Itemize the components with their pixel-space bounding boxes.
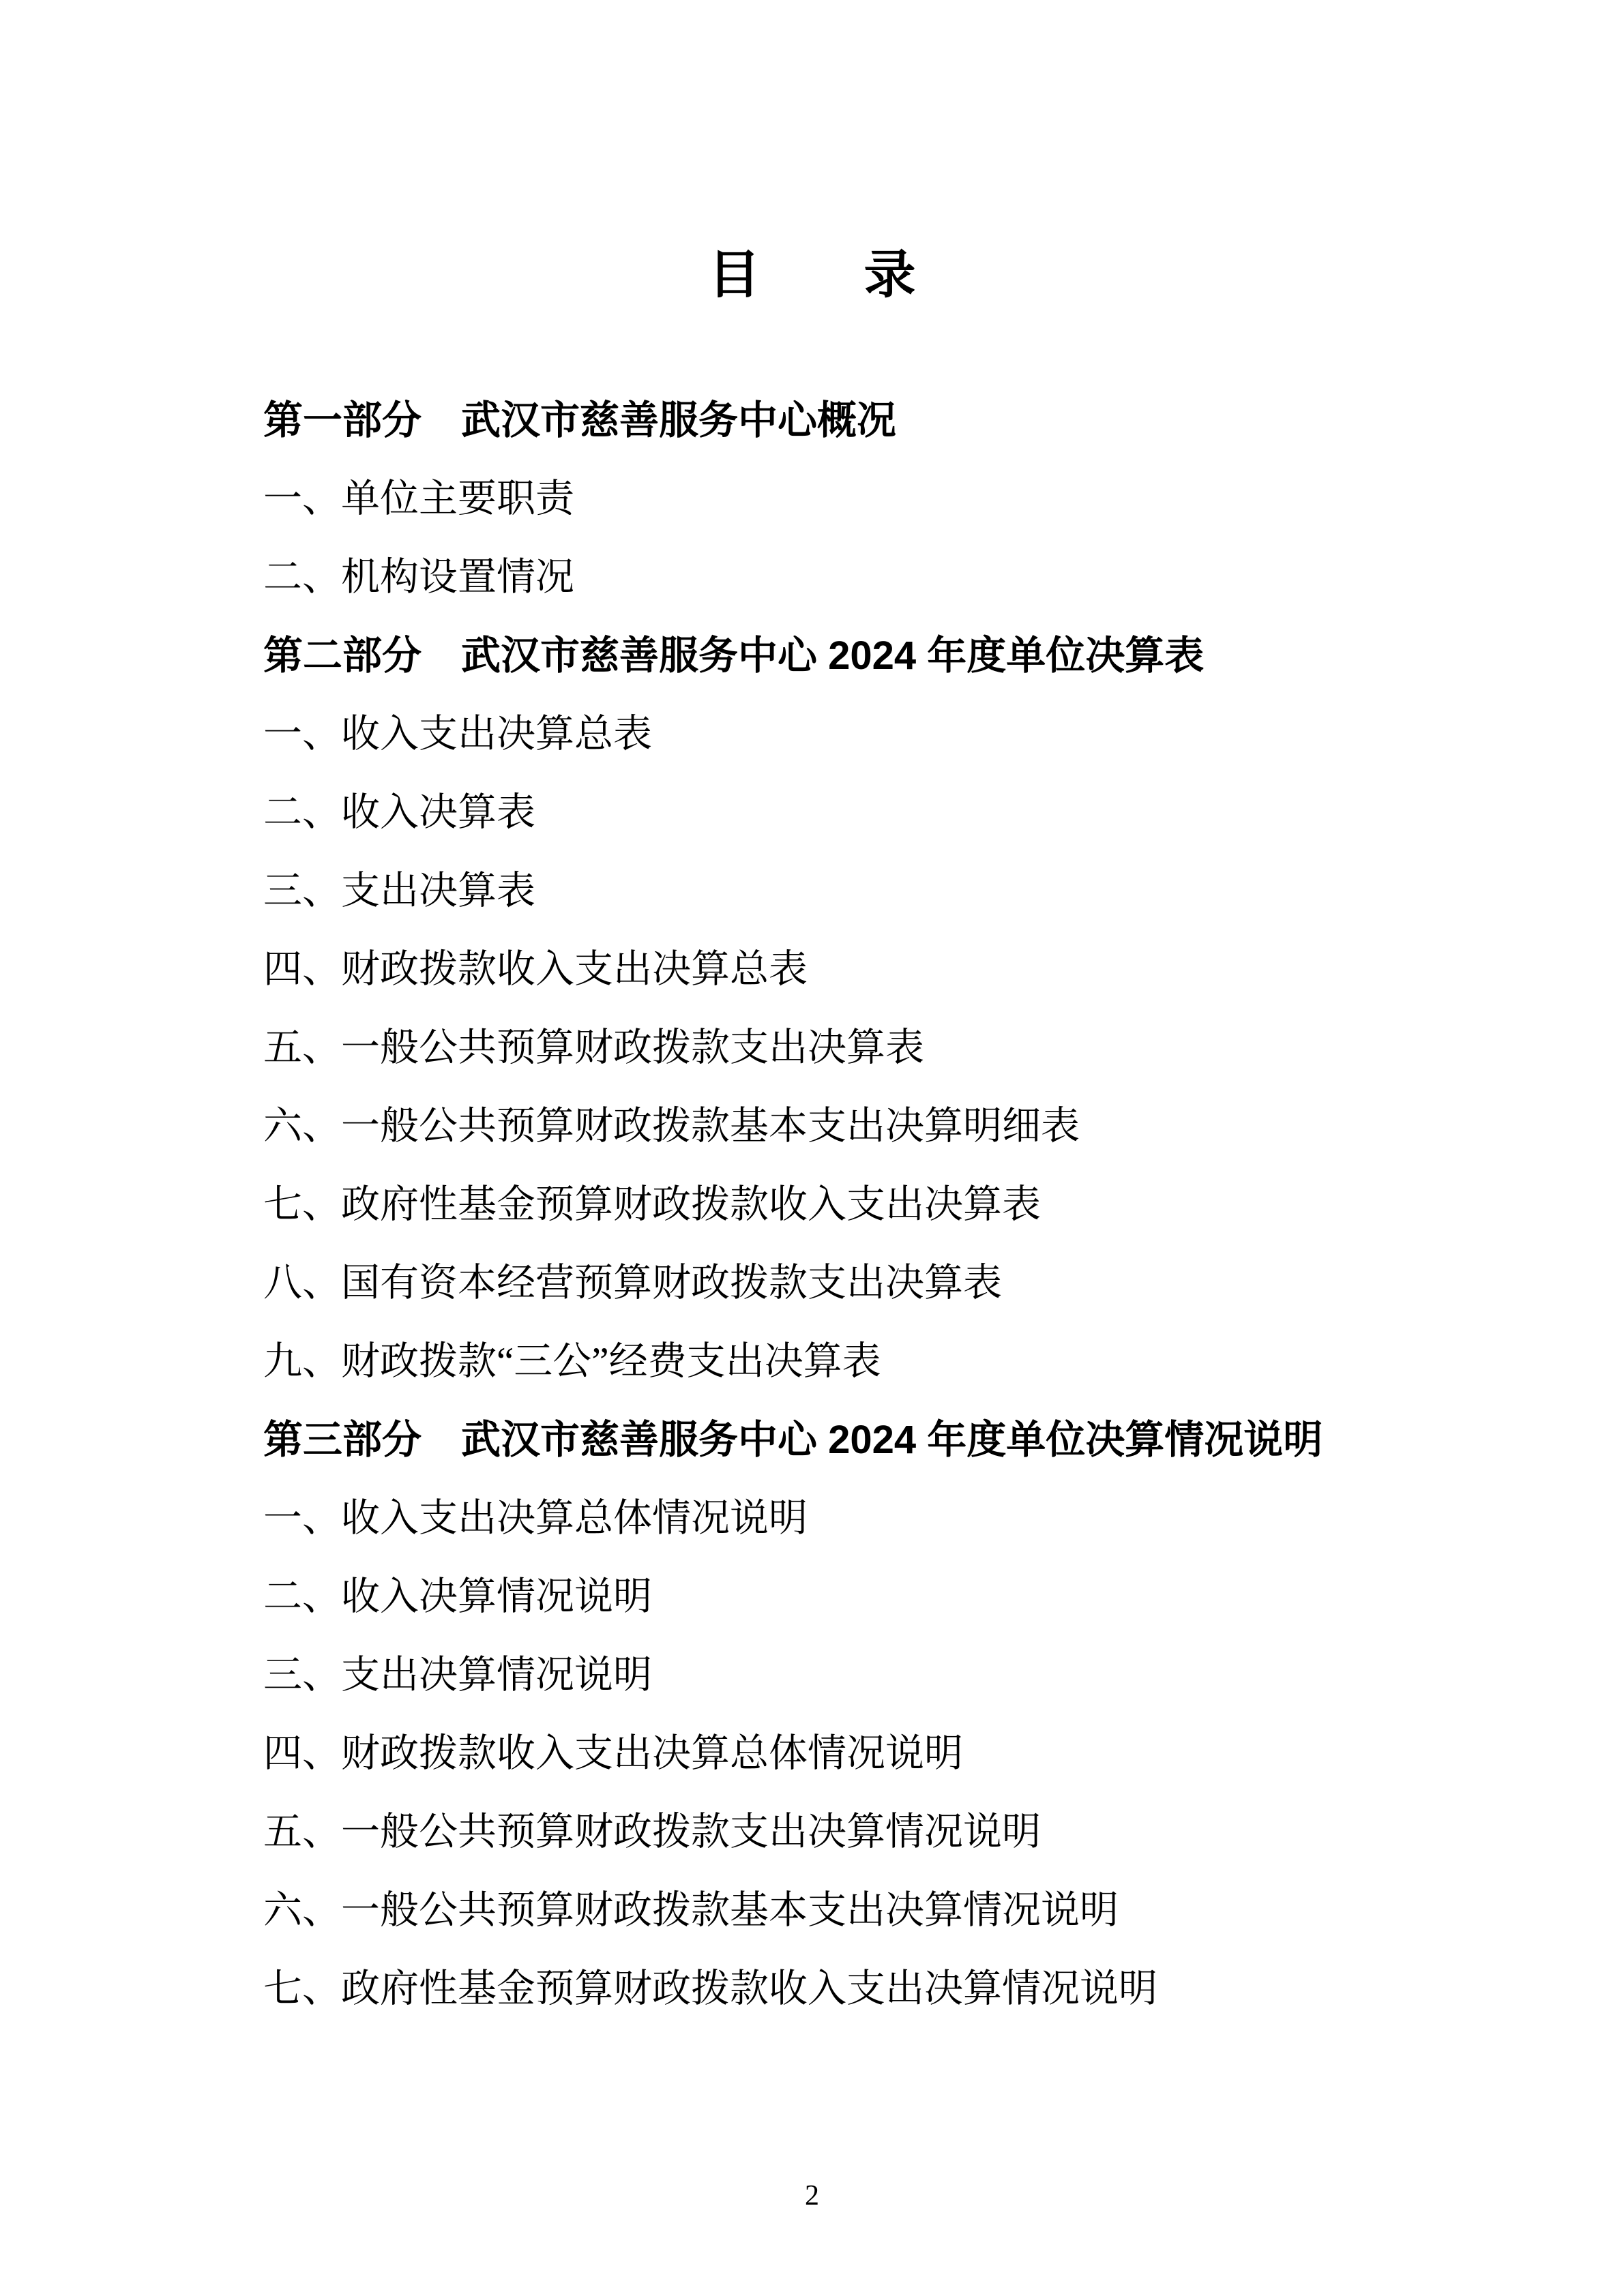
page-title: 目 录 (0, 247, 1624, 304)
toc-item: 一、收入支出决算总体情况说明 (263, 1475, 1498, 1553)
toc-section-1-heading: 第一部分 武汉市慈善服务中心概况 (263, 377, 1498, 456)
toc-item: 五、一般公共预算财政拨款支出决算情况说明 (263, 1789, 1498, 1867)
toc-item: 一、收入支出决算总表 (263, 691, 1498, 769)
toc-item: 三、支出决算情况说明 (263, 1632, 1498, 1710)
table-of-contents: 第一部分 武汉市慈善服务中心概况 一、单位主要职责 二、机构设置情况 第二部分 … (263, 377, 1498, 2024)
toc-item: 九、财政拨款“三公”经费支出决算表 (263, 1318, 1498, 1397)
toc-section-3-heading: 第三部分 武汉市慈善服务中心 2024 年度单位决算情况说明 (263, 1397, 1498, 1475)
toc-item: 六、一般公共预算财政拨款基本支出决算明细表 (263, 1083, 1498, 1161)
toc-item: 三、支出决算表 (263, 848, 1498, 926)
toc-section-2-heading: 第二部分 武汉市慈善服务中心 2024 年度单位决算表 (263, 612, 1498, 691)
toc-item: 四、财政拨款收入支出决算总表 (263, 926, 1498, 1004)
toc-item: 七、政府性基金预算财政拨款收入支出决算情况说明 (263, 1945, 1498, 2024)
toc-item: 四、财政拨款收入支出决算总体情况说明 (263, 1710, 1498, 1789)
toc-item: 八、国有资本经营预算财政拨款支出决算表 (263, 1240, 1498, 1318)
toc-item: 一、单位主要职责 (263, 456, 1498, 534)
toc-item: 七、政府性基金预算财政拨款收入支出决算表 (263, 1161, 1498, 1240)
toc-item: 六、一般公共预算财政拨款基本支出决算情况说明 (263, 1867, 1498, 1945)
toc-item: 二、收入决算情况说明 (263, 1553, 1498, 1632)
page-number: 2 (0, 2179, 1624, 2212)
document-page: 目 录 第一部分 武汉市慈善服务中心概况 一、单位主要职责 二、机构设置情况 第… (0, 0, 1624, 2296)
toc-item: 二、机构设置情况 (263, 534, 1498, 612)
toc-item: 五、一般公共预算财政拨款支出决算表 (263, 1004, 1498, 1083)
toc-item: 二、收入决算表 (263, 769, 1498, 848)
